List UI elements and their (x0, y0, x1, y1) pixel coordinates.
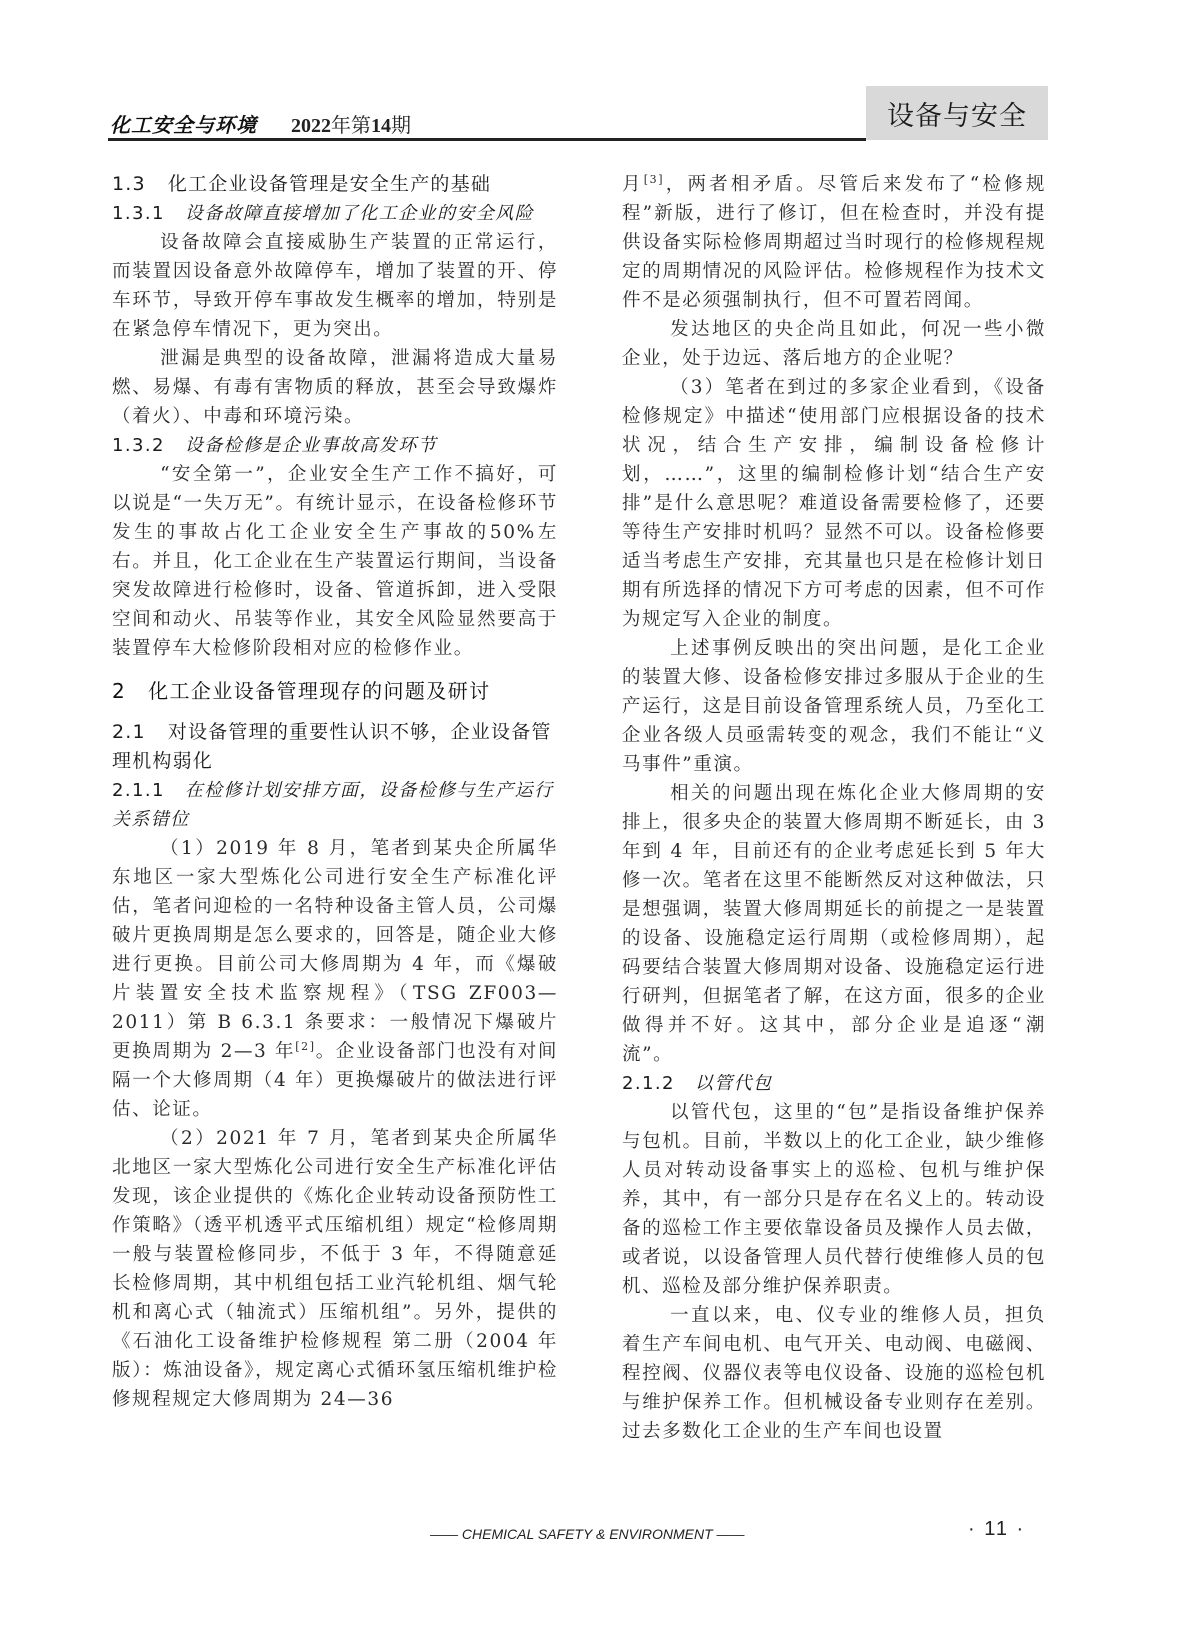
citation-ref[interactable]: [3] (644, 173, 664, 186)
heading-1-3-1: 1.3.1设备故障直接增加了化工企业的安全风险 (112, 199, 558, 228)
paragraph: 月[3]，两者相矛盾。尽管后来发布了“检修规程”新版，进行了修订，但在检查时，并… (622, 170, 1046, 315)
heading-2-1: 2.1对设备管理的重要性认识不够，企业设备管理机构弱化 (112, 718, 558, 776)
left-column: 1.3化工企业设备管理是安全生产的基础 1.3.1设备故障直接增加了化工企业的安… (112, 170, 558, 1414)
running-header: 化工安全与环境 2022年第14期 (110, 104, 411, 138)
paragraph: 一直以来，电、仪专业的维修人员，担负着生产车间电机、电气开关、电动阀、电磁阀、程… (622, 1301, 1046, 1446)
heading-2-1-1: 2.1.1在检修计划安排方面，设备检修与生产运行关系错位 (112, 776, 558, 834)
journal-name: 化工安全与环境 (110, 109, 257, 138)
heading-2: 2化工企业设备管理现存的问题及研讨 (112, 677, 558, 706)
section-tab: 设备与安全 (866, 86, 1048, 140)
issue-year: 2022 (291, 115, 331, 137)
header-rule (108, 138, 866, 141)
paragraph: 发达地区的央企尚且如此，何况一些小微企业，处于边远、落后地方的企业呢？ (622, 315, 1046, 373)
section-title: 设备与安全 (887, 94, 1027, 133)
paragraph: “安全第一”，企业安全生产工作不搞好，可以说是“一失万无”。有统计显示，在设备检… (112, 460, 558, 663)
heading-1-3: 1.3化工企业设备管理是安全生产的基础 (112, 170, 558, 199)
issue-info: 2022年第14期 (291, 109, 411, 138)
right-column: 月[3]，两者相矛盾。尽管后来发布了“检修规程”新版，进行了修订，但在检查时，并… (622, 170, 1046, 1446)
paragraph: 以管代包，这里的“包”是指设备维护保养与包机。目前，半数以上的化工企业，缺少维修… (622, 1098, 1046, 1301)
paragraph: 相关的问题出现在炼化企业大修周期的安排上，很多央企的装置大修周期不断延长，由 3… (622, 779, 1046, 1069)
paragraph: （3）笔者在到过的多家企业看到，《设备检修规定》中描述“使用部门应根据设备的技术… (622, 373, 1046, 634)
page-number: · 11 · (968, 1518, 1025, 1541)
issue-label-1: 年第 (331, 115, 371, 137)
heading-1-3-2: 1.3.2设备检修是企业事故高发环节 (112, 431, 558, 460)
paragraph: 设备故障会直接威胁生产装置的正常运行，而装置因设备意外故障停车，增加了装置的开、… (112, 228, 558, 344)
heading-2-1-2: 2.1.2以管代包 (622, 1069, 1046, 1098)
issue-number: 14 (371, 115, 391, 137)
citation-ref[interactable]: [2] (295, 1040, 315, 1053)
paragraph: 泄漏是典型的设备故障，泄漏将造成大量易燃、易爆、有毒有害物质的释放，甚至会导致爆… (112, 344, 558, 431)
journal-tagline: —— CHEMICAL SAFETY & ENVIRONMENT —— (430, 1526, 745, 1542)
paragraph: （2）2021 年 7 月，笔者到某央企所属华北地区一家大型炼化公司进行安全生产… (112, 1124, 558, 1414)
issue-label-2: 期 (391, 115, 411, 137)
paragraph: （1）2019 年 8 月，笔者到某央企所属华东地区一家大型炼化公司进行安全生产… (112, 834, 558, 1124)
paragraph: 上述事例反映出的突出问题，是化工企业的装置大修、设备检修安排过多服从于企业的生产… (622, 634, 1046, 779)
